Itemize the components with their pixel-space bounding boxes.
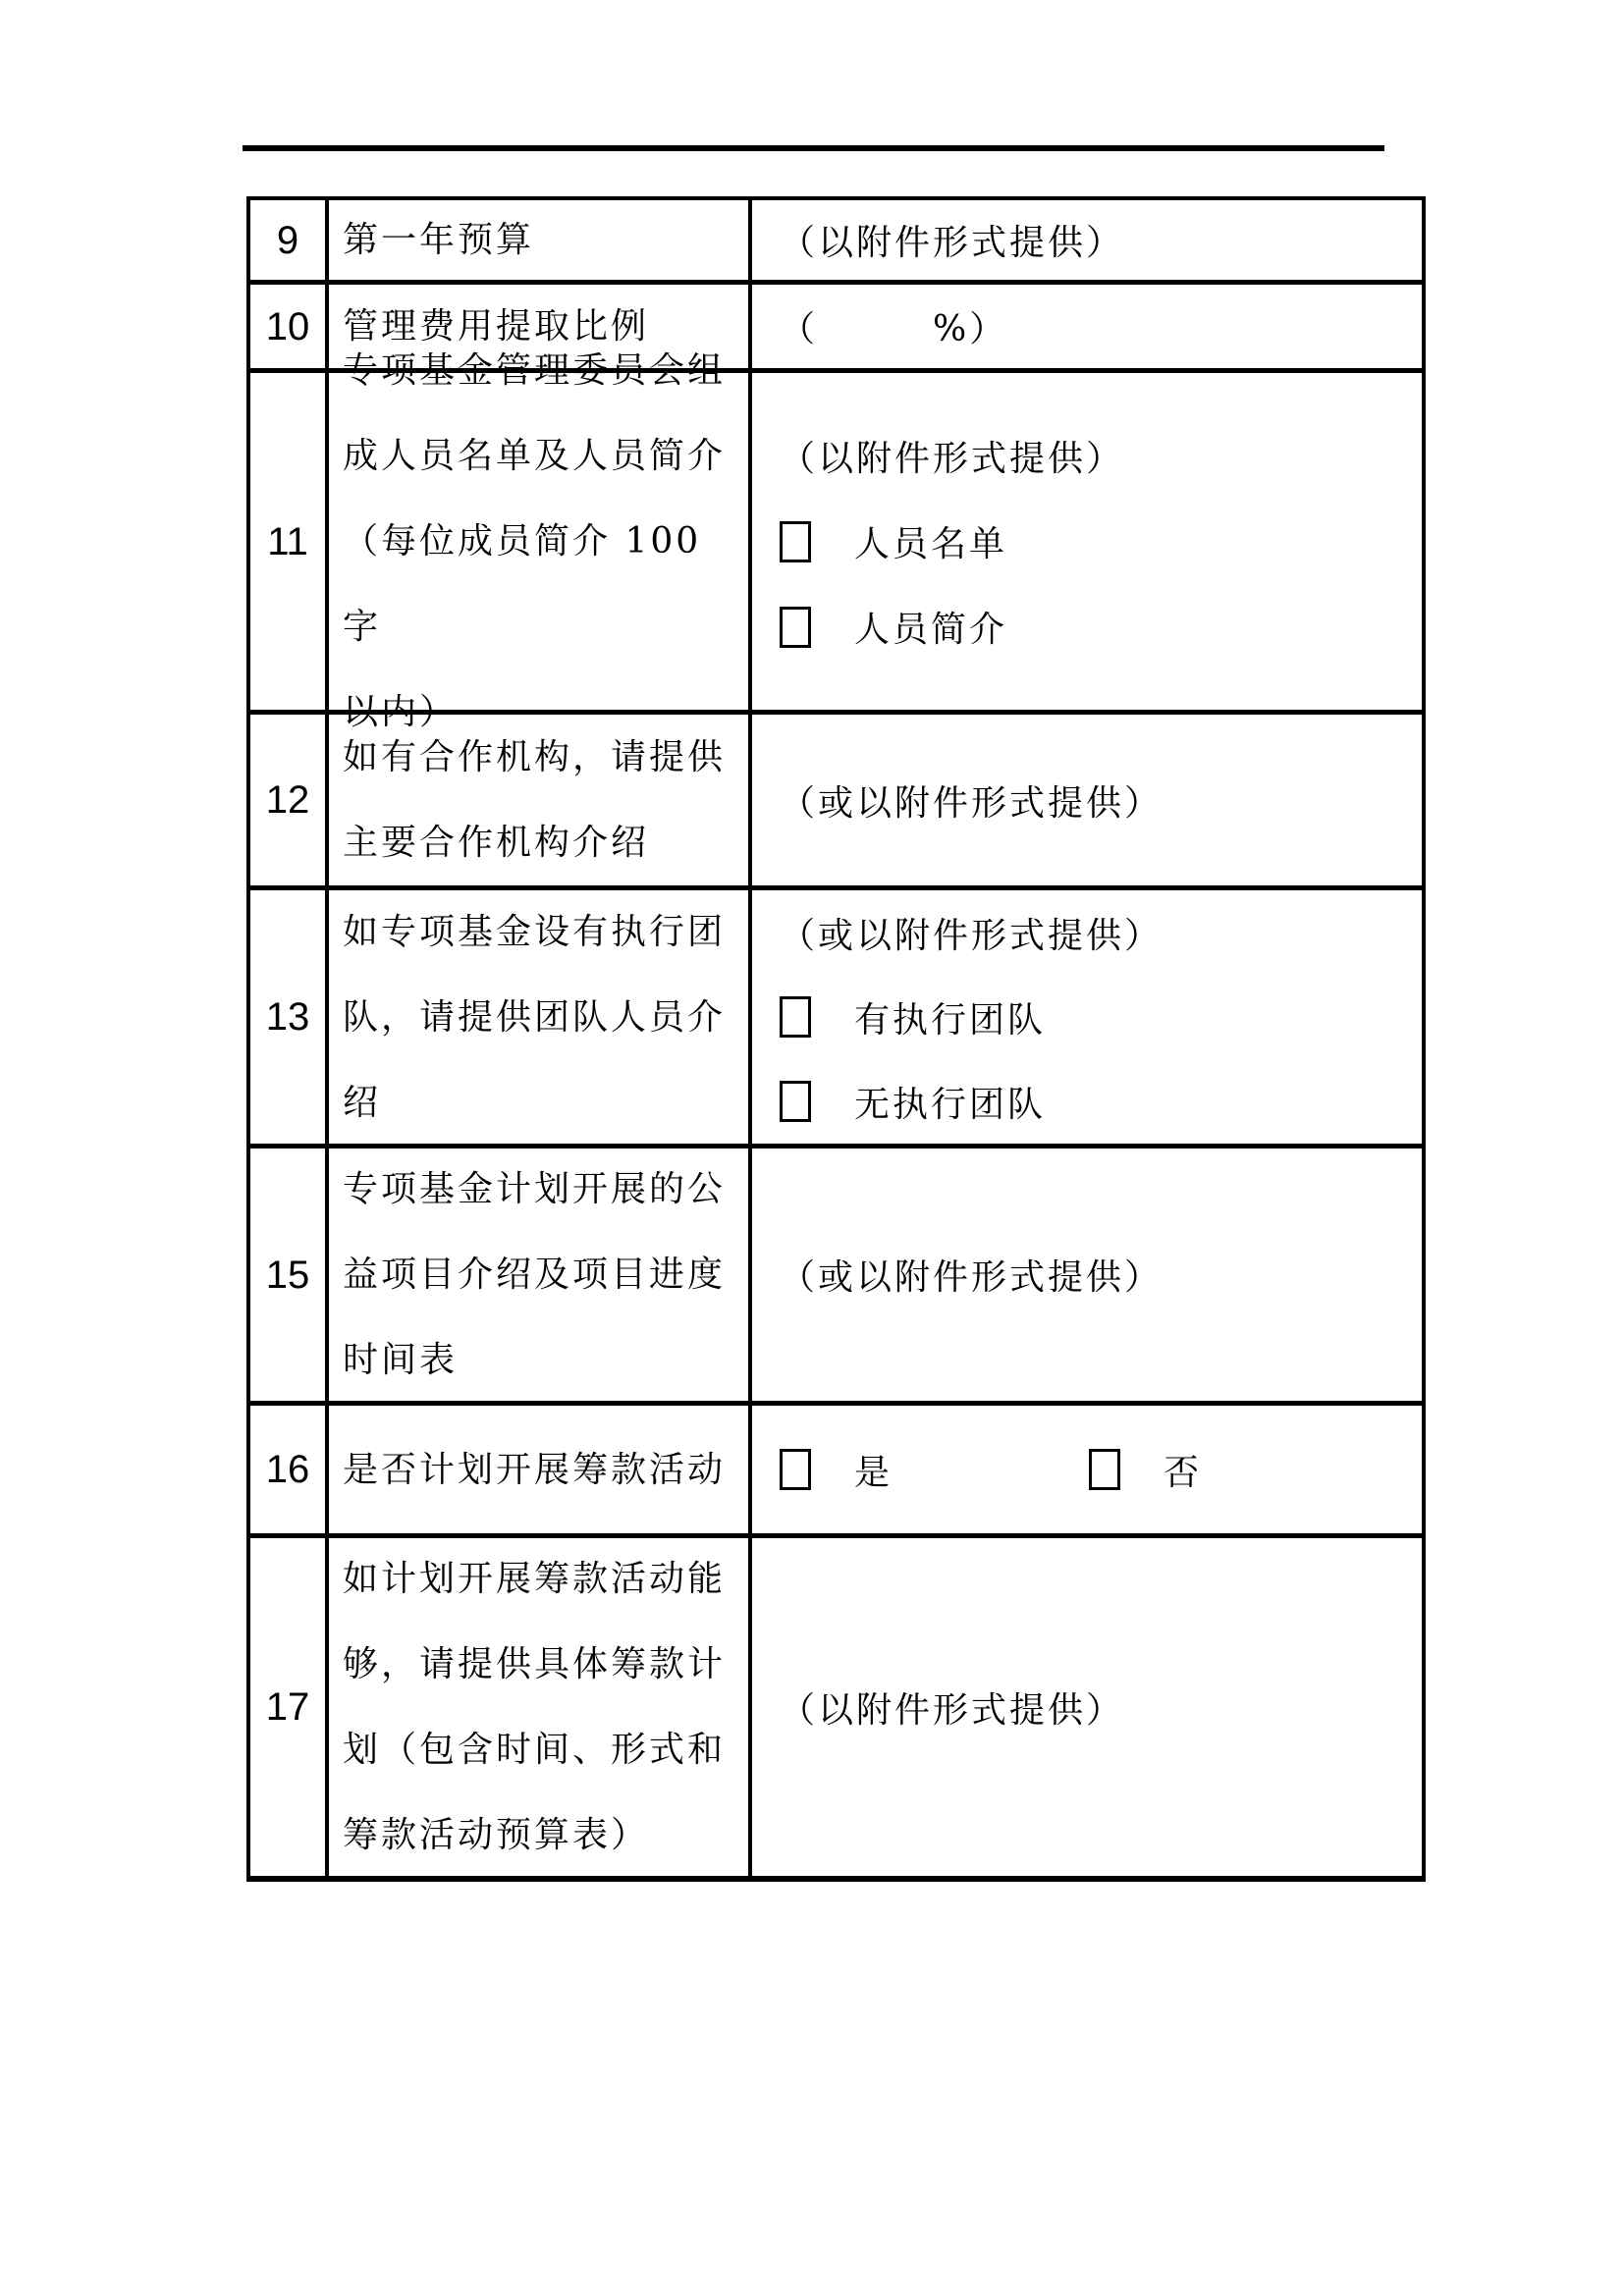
row-value: （或以附件形式提供） bbox=[752, 715, 1422, 885]
row-number: 11 bbox=[250, 373, 329, 710]
header-rule bbox=[243, 145, 1384, 151]
row-number: 17 bbox=[250, 1538, 329, 1876]
value-line: （ %） bbox=[780, 285, 1422, 368]
row-label: 第一年预算 bbox=[329, 200, 752, 280]
row-value: （ %） bbox=[752, 285, 1422, 368]
value-text: （以附件形式提供） bbox=[780, 215, 1124, 265]
value-text: （或以附件形式提供） bbox=[780, 775, 1163, 826]
table-row: 11 专项基金管理委员会组 成人员名单及人员简介 （每位成员简介 100 字 以… bbox=[250, 373, 1422, 715]
checkbox-option-no[interactable] bbox=[1089, 1449, 1120, 1490]
row-value: （以附件形式提供） bbox=[752, 1538, 1422, 1876]
row-value: （或以附件形式提供）有执行团队无执行团队 bbox=[752, 890, 1422, 1144]
checkbox[interactable] bbox=[780, 1081, 811, 1122]
row-number: 13 bbox=[250, 890, 329, 1144]
checkbox[interactable] bbox=[780, 607, 811, 648]
table-row: 13 如专项基金设有执行团 队，请提供团队人员介 绍 （或以附件形式提供）有执行… bbox=[250, 890, 1422, 1148]
checkbox-label: 人员名单 bbox=[854, 516, 1007, 566]
value-line: 人员简介 bbox=[780, 584, 1422, 669]
value-line: （以附件形式提供） bbox=[780, 200, 1422, 280]
value-text: （或以附件形式提供） bbox=[780, 908, 1163, 958]
table-row: 15 专项基金计划开展的公 益项目介绍及项目进度 时间表 （或以附件形式提供） bbox=[250, 1148, 1422, 1406]
row-label: 专项基金管理委员会组 成人员名单及人员简介 （每位成员简介 100 字 以内） bbox=[329, 373, 752, 710]
row-label: 专项基金计划开展的公 益项目介绍及项目进度 时间表 bbox=[329, 1148, 752, 1401]
value-text: （或以附件形式提供） bbox=[780, 1250, 1163, 1300]
value-line: 是否 bbox=[780, 1427, 1422, 1513]
value-text: （以附件形式提供） bbox=[780, 431, 1124, 481]
checkbox-label: 有执行团队 bbox=[854, 992, 1046, 1042]
checkbox-label: 否 bbox=[1164, 1445, 1202, 1495]
value-line: （或以附件形式提供） bbox=[780, 890, 1422, 975]
row-value: （或以附件形式提供） bbox=[752, 1148, 1422, 1401]
document-page: 9 第一年预算 （以附件形式提供） 10 管理费用提取比例 （ %） 11 专项… bbox=[0, 0, 1624, 2296]
table-row: 9 第一年预算 （以附件形式提供） bbox=[250, 200, 1422, 285]
row-number: 15 bbox=[250, 1148, 329, 1401]
row-number: 16 bbox=[250, 1406, 329, 1533]
row-label: 如计划开展筹款活动能 够，请提供具体筹款计 划（包含时间、形式和 筹款活动预算表… bbox=[329, 1538, 752, 1876]
row-value: （以附件形式提供） bbox=[752, 200, 1422, 280]
checkbox-label: 人员简介 bbox=[854, 602, 1007, 652]
table-row: 17 如计划开展筹款活动能 够，请提供具体筹款计 划（包含时间、形式和 筹款活动… bbox=[250, 1538, 1422, 1876]
table-row: 16 是否计划开展筹款活动 是否 bbox=[250, 1406, 1422, 1538]
row-value: （以附件形式提供）人员名单人员简介 bbox=[752, 373, 1422, 710]
row-label: 是否计划开展筹款活动 bbox=[329, 1406, 752, 1533]
value-line: （或以附件形式提供） bbox=[780, 758, 1422, 843]
checkbox[interactable] bbox=[780, 996, 811, 1038]
value-text: （以附件形式提供） bbox=[780, 1682, 1124, 1733]
row-label: 如专项基金设有执行团 队，请提供团队人员介 绍 bbox=[329, 890, 752, 1144]
table-row: 12 如有合作机构，请提供 主要合作机构介绍 （或以附件形式提供） bbox=[250, 715, 1422, 890]
value-line: （以附件形式提供） bbox=[780, 413, 1422, 499]
value-line: （或以附件形式提供） bbox=[780, 1232, 1422, 1317]
application-form-table: 9 第一年预算 （以附件形式提供） 10 管理费用提取比例 （ %） 11 专项… bbox=[246, 196, 1426, 1882]
value-line: 人员名单 bbox=[780, 499, 1422, 584]
value-line: 无执行团队 bbox=[780, 1059, 1422, 1144]
row-label: 如有合作机构，请提供 主要合作机构介绍 bbox=[329, 715, 752, 885]
checkbox-option-yes[interactable] bbox=[780, 1449, 811, 1490]
row-number: 12 bbox=[250, 715, 329, 885]
checkbox[interactable] bbox=[780, 521, 811, 562]
row-number: 10 bbox=[250, 285, 329, 368]
value-text: （ %） bbox=[780, 301, 1007, 351]
row-value: 是否 bbox=[752, 1406, 1422, 1533]
value-line: （以附件形式提供） bbox=[780, 1665, 1422, 1750]
checkbox-label: 是 bbox=[854, 1445, 893, 1495]
checkbox-label: 无执行团队 bbox=[854, 1077, 1046, 1127]
row-number: 9 bbox=[250, 200, 329, 280]
value-line: 有执行团队 bbox=[780, 975, 1422, 1059]
